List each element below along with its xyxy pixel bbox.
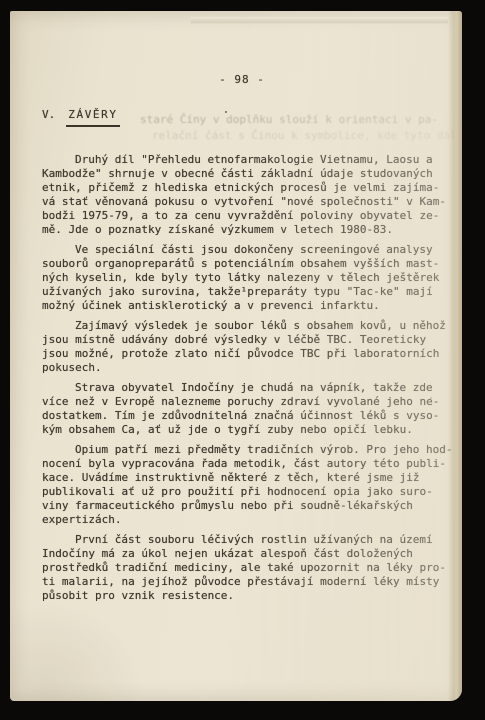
- paragraph: Druhý díl "Přehledu etnofarmakologie Vie…: [42, 153, 462, 237]
- paragraph: Zajímavý výsledek je soubor léků s obsah…: [42, 319, 462, 375]
- paragraph: První část souboru léčivých rostlin užív…: [42, 533, 462, 603]
- scan-background: { "document": { "page_number": "- 98 -",…: [0, 0, 485, 720]
- section-numeral: V.: [42, 108, 55, 121]
- paragraph: Opium patří mezi předměty tradičních výr…: [42, 443, 462, 527]
- page-content: - 98 - V.ZÁVĚRY Druhý díl "Přehledu etno…: [10, 73, 462, 603]
- section-heading: V.ZÁVĚRY: [42, 108, 462, 127]
- page-stack-edge: [448, 11, 462, 701]
- paragraph: Ve speciální části jsou dokončeny screen…: [42, 243, 462, 313]
- paragraph: Strava obyvatel Indočíny je chudá na váp…: [42, 381, 462, 437]
- section-title: ZÁVĚRY: [66, 108, 119, 127]
- page-top-edge: [191, 17, 448, 24]
- page-number: - 98 -: [42, 73, 442, 87]
- book-page: staré Číny v doplňku slouží k orientaci …: [10, 11, 462, 701]
